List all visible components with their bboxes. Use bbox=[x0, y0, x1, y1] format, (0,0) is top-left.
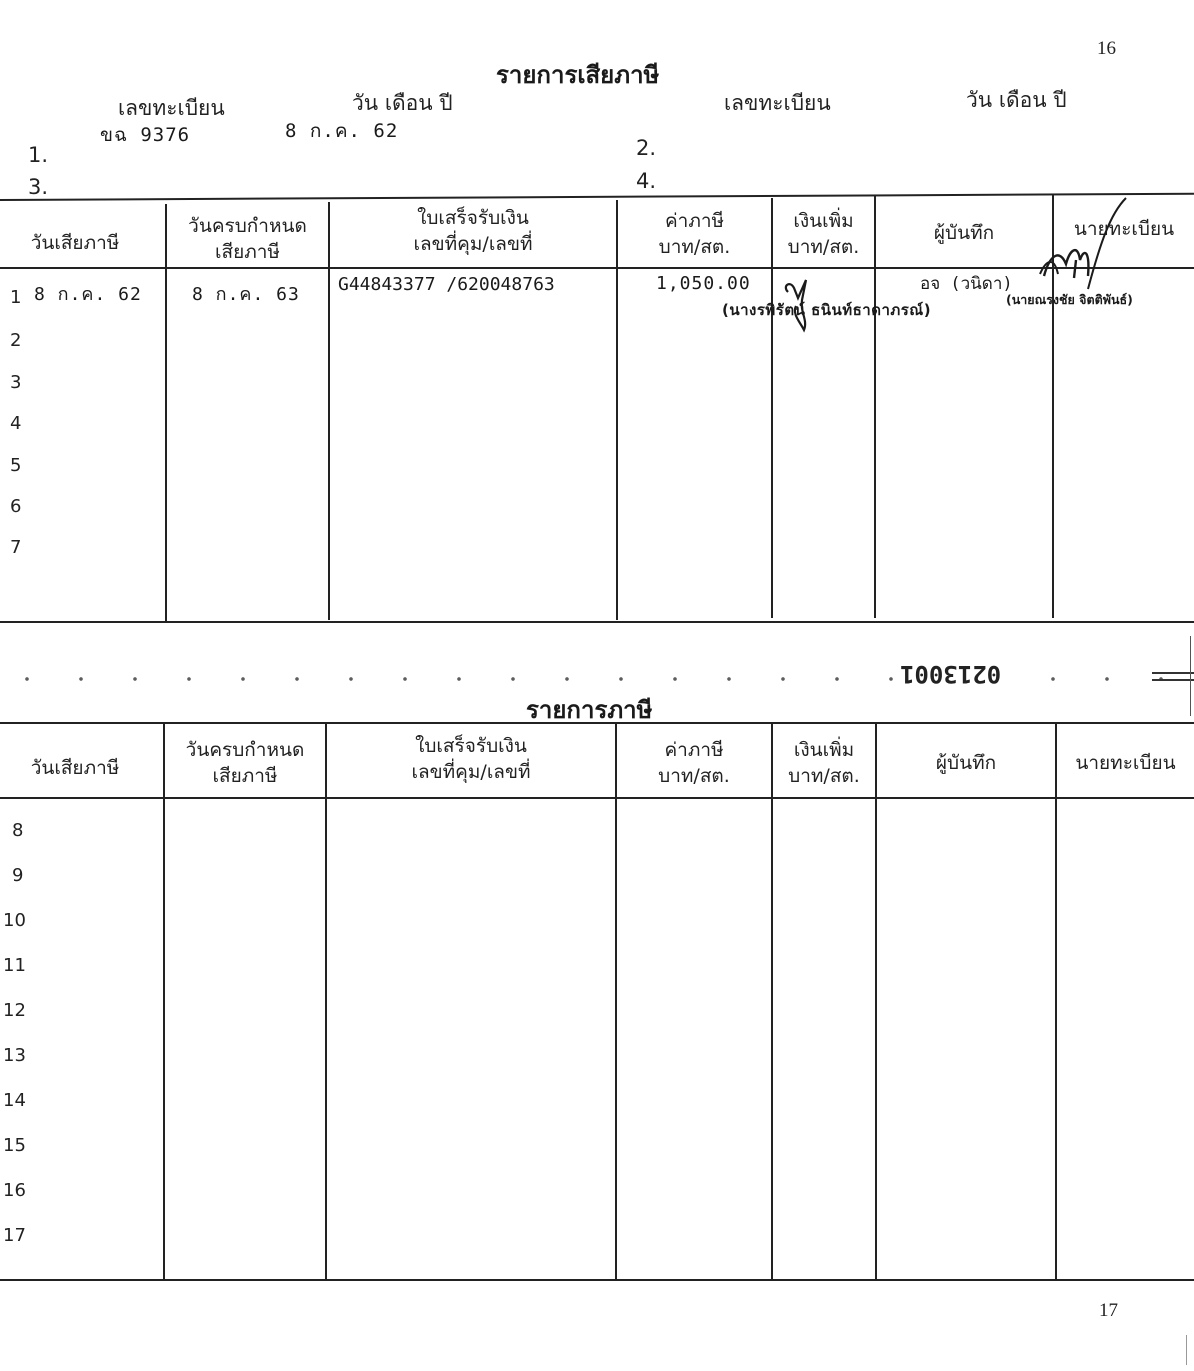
row-number: 12 bbox=[3, 1000, 26, 1021]
header-recorder: ผู้บันทึก bbox=[876, 220, 1052, 246]
date-value: 8 ก.ค. 62 bbox=[285, 116, 398, 146]
slot-4: 4. bbox=[636, 169, 656, 193]
row-number: 10 bbox=[3, 910, 26, 931]
registration-value: ขฉ 9376 bbox=[100, 120, 190, 150]
row-number: 4 bbox=[10, 413, 21, 434]
cell-due-date: 8 ก.ค. 63 bbox=[192, 279, 300, 308]
header-tax: ค่าภาษี บาท/สต. bbox=[618, 208, 771, 260]
table1-col-divider bbox=[616, 200, 618, 620]
table2-col-divider bbox=[875, 724, 877, 1280]
table1-top-border bbox=[0, 193, 1194, 201]
header-tax-line1: ค่าภาษี bbox=[618, 208, 771, 234]
slot-3: 3. bbox=[28, 175, 48, 199]
header-receipt: ใบเสร็จรับเงิน เลขที่คุม/เลขที่ bbox=[330, 205, 616, 257]
row-number: 16 bbox=[3, 1180, 26, 1201]
table1-bottom-border bbox=[0, 621, 1194, 623]
row-number: 9 bbox=[12, 865, 23, 886]
header-extra-line1: เงินเพิ่ม bbox=[773, 208, 874, 234]
perforation-edge-mark bbox=[1152, 672, 1194, 681]
header-tax-line2: บาท/สต. bbox=[618, 234, 771, 260]
cell-tax: 1,050.00 bbox=[656, 273, 751, 294]
section1-title: รายการเสียภาษี bbox=[496, 55, 659, 94]
cell-recorder: อจ (วนิดา) bbox=[920, 270, 1013, 297]
table1-col-divider bbox=[328, 202, 330, 620]
table2-col-divider bbox=[615, 724, 617, 1280]
header-due-date-line2: เสียภาษี bbox=[167, 239, 328, 265]
header-extra-line2: บาท/สต. bbox=[773, 763, 875, 789]
row-number: 13 bbox=[3, 1045, 26, 1066]
slot-1: 1. bbox=[28, 143, 48, 167]
row-number: 7 bbox=[10, 537, 21, 558]
header-pay-date: วันเสียภาษี bbox=[0, 230, 150, 256]
header-tax-line2: บาท/สต. bbox=[617, 763, 771, 789]
table2-col-divider bbox=[325, 724, 327, 1280]
header-tax-line1: ค่าภาษี bbox=[617, 737, 771, 763]
header-receipt-line2: เลขที่คุม/เลขที่ bbox=[327, 759, 615, 785]
header-due-date-line1: วันครบกำหนด bbox=[165, 737, 325, 763]
recorder-full-name: (นางรพิรัตน์ ธนินท์ธาดาภรณ์) bbox=[722, 298, 931, 322]
header-receipt-line1: ใบเสร็จรับเงิน bbox=[327, 733, 615, 759]
header-due-date-line1: วันครบกำหนด bbox=[167, 213, 328, 239]
row-number: 14 bbox=[3, 1090, 26, 1111]
table2-header-border bbox=[0, 797, 1194, 799]
row-number: 1 bbox=[10, 287, 21, 308]
table2-col-divider bbox=[1055, 724, 1057, 1280]
cell-pay-date: 8 ก.ค. 62 bbox=[34, 279, 142, 308]
header-extra: เงินเพิ่ม บาท/สต. bbox=[773, 208, 874, 260]
page-edge-mark bbox=[1186, 1335, 1187, 1365]
header-extra-line2: บาท/สต. bbox=[773, 234, 874, 260]
table1-col-divider bbox=[874, 196, 876, 618]
row-number: 8 bbox=[12, 820, 23, 841]
slot-2: 2. bbox=[636, 136, 656, 160]
table2-top-border bbox=[0, 722, 1194, 724]
registrar-signature-icon bbox=[1030, 194, 1140, 294]
table2-bottom-border bbox=[0, 1279, 1194, 1281]
page-edge-line bbox=[1190, 636, 1191, 716]
header-recorder: ผู้บันทึก bbox=[877, 750, 1055, 776]
table1-col-divider bbox=[165, 204, 167, 622]
recorder-signature-icon bbox=[780, 278, 820, 336]
header-due-date-line2: เสียภาษี bbox=[165, 763, 325, 789]
header-pay-date: วันเสียภาษี bbox=[0, 755, 150, 781]
header-tax: ค่าภาษี บาท/สต. bbox=[617, 737, 771, 789]
right-date-label: วัน เดือน ปี bbox=[966, 84, 1067, 117]
row-number: 3 bbox=[10, 372, 21, 393]
row-number: 17 bbox=[3, 1225, 26, 1246]
table1-header-border bbox=[0, 267, 1194, 269]
header-due-date: วันครบกำหนด เสียภาษี bbox=[165, 737, 325, 789]
row-number: 15 bbox=[3, 1135, 26, 1156]
perforation-line bbox=[0, 676, 1194, 682]
header-registrar: นายทะเบียน bbox=[1057, 750, 1194, 776]
page-number-bottom: 17 bbox=[1099, 1300, 1118, 1322]
page-number-top: 16 bbox=[1097, 38, 1116, 60]
table2-col-divider bbox=[163, 724, 165, 1280]
header-receipt-line1: ใบเสร็จรับเงิน bbox=[330, 205, 616, 231]
cell-receipt: G44843377 /620048763 bbox=[338, 274, 555, 295]
table1-col-divider bbox=[771, 198, 773, 618]
row-number: 2 bbox=[10, 330, 21, 351]
row-number: 11 bbox=[3, 955, 26, 976]
right-registration-label: เลขทะเบียน bbox=[724, 87, 831, 120]
header-receipt: ใบเสร็จรับเงิน เลขที่คุม/เลขที่ bbox=[327, 733, 615, 785]
row-number: 6 bbox=[10, 496, 21, 517]
row-number: 5 bbox=[10, 455, 21, 476]
header-receipt-line2: เลขที่คุม/เลขที่ bbox=[330, 231, 616, 257]
table2-col-divider bbox=[771, 724, 773, 1280]
header-due-date: วันครบกำหนด เสียภาษี bbox=[167, 213, 328, 265]
header-extra-line1: เงินเพิ่ม bbox=[773, 737, 875, 763]
header-extra: เงินเพิ่ม บาท/สต. bbox=[773, 737, 875, 789]
perforation-code: 0213001 bbox=[896, 660, 1005, 688]
